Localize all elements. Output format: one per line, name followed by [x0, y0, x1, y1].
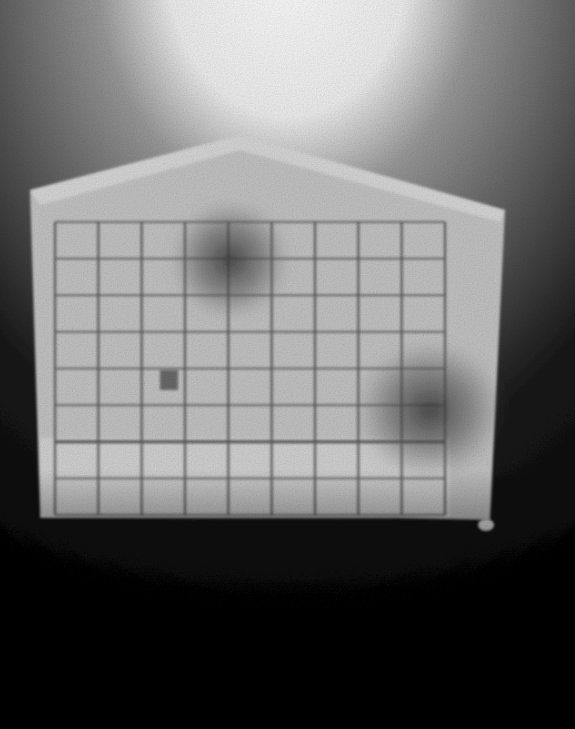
photograph [0, 0, 575, 729]
grainy-facade-scene [0, 0, 575, 729]
